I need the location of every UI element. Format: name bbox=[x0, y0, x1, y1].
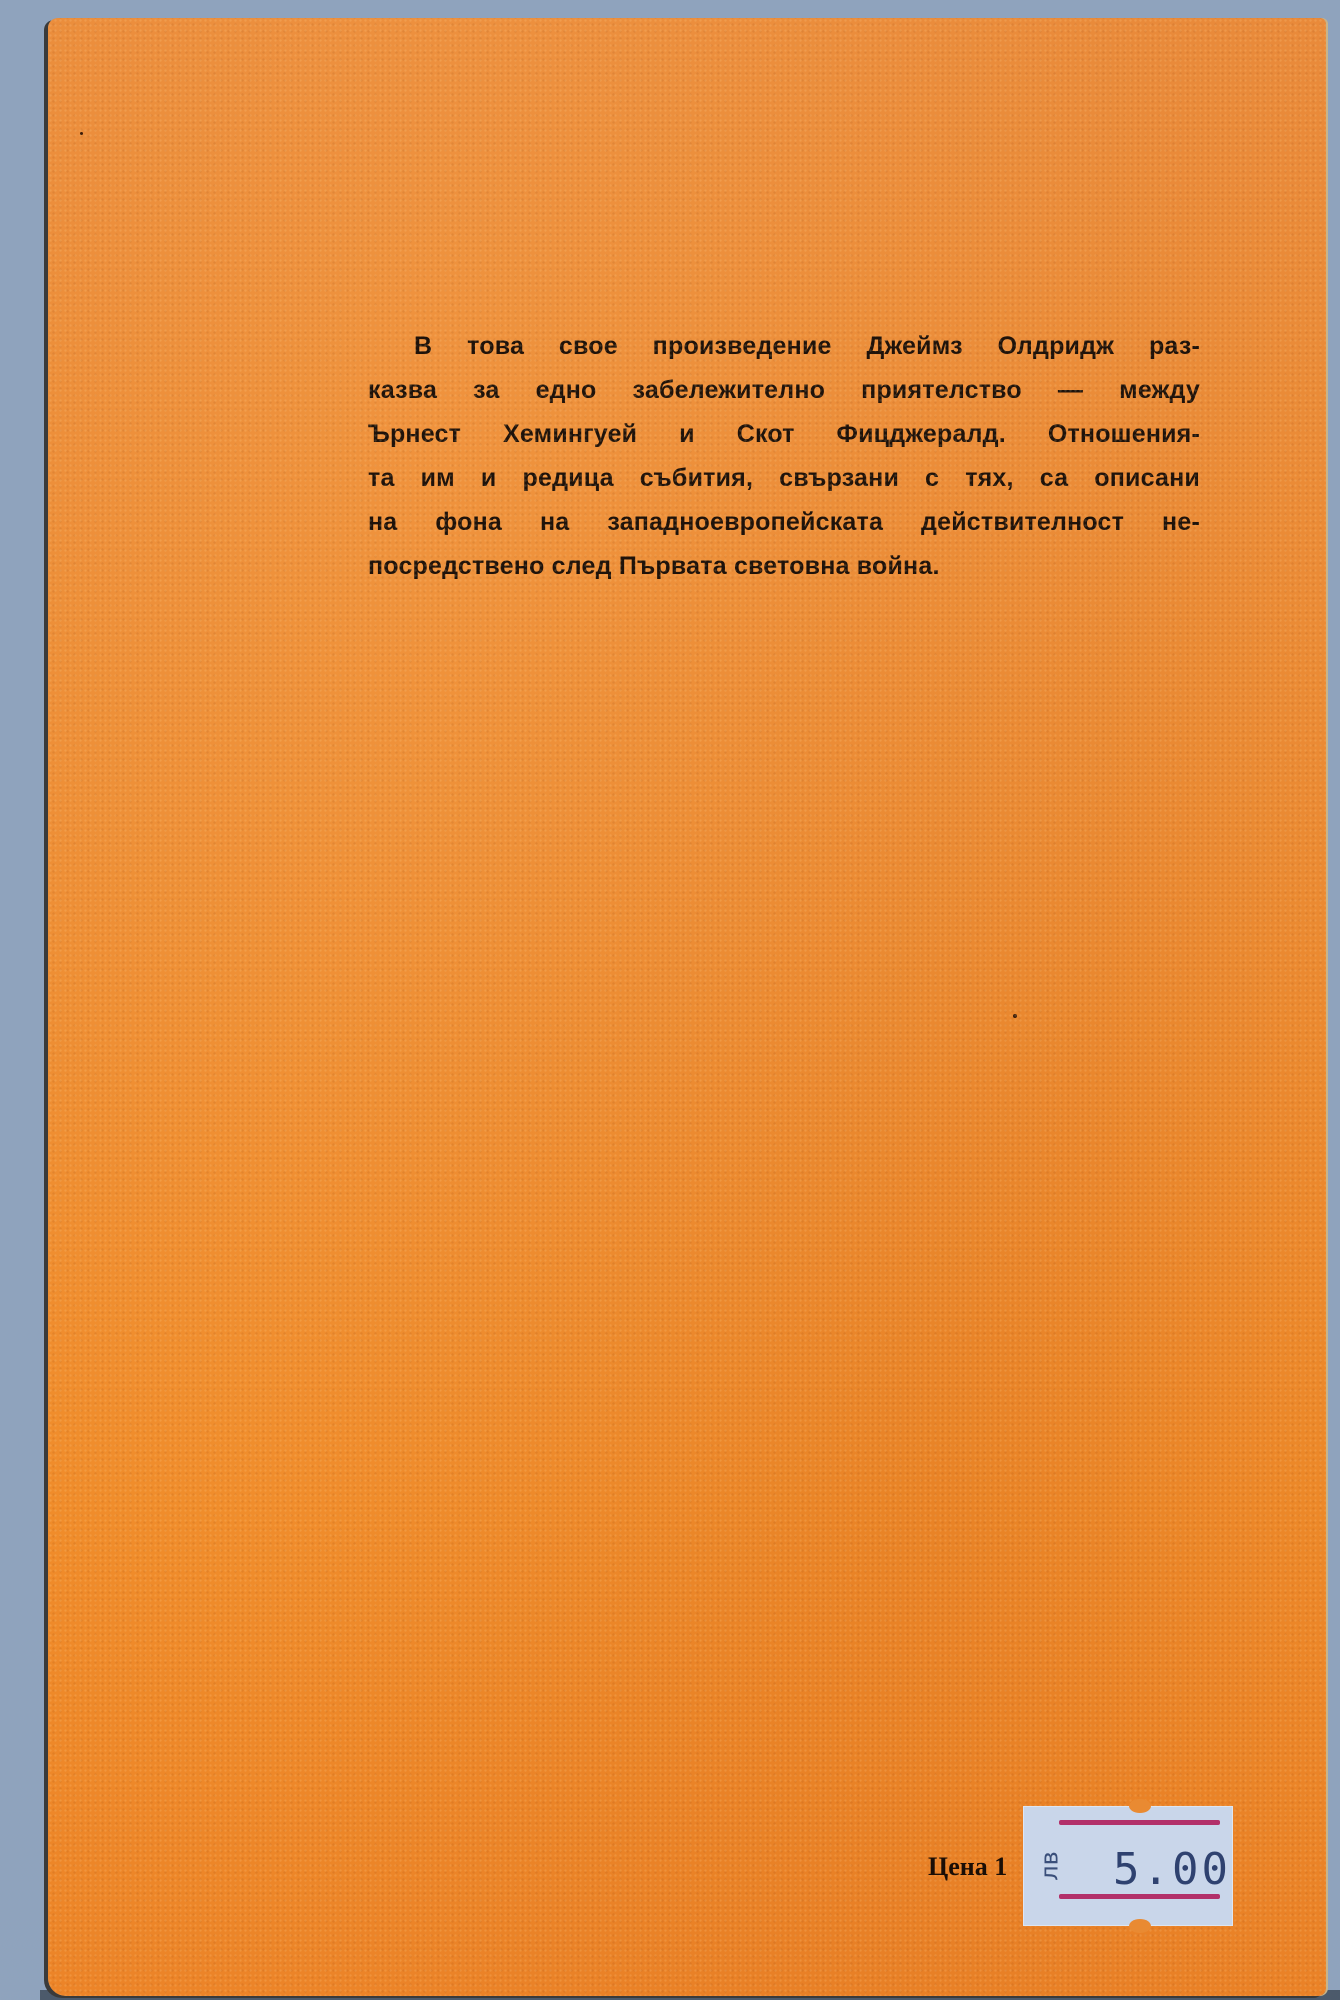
blurb-line: Ърнест Хемингуей и Скот Фицджералд. Отно… bbox=[368, 412, 1200, 456]
blurb-text: В това свое произведение Джеймз Олдридж … bbox=[368, 324, 1200, 588]
printed-price-label: Цена 1 bbox=[928, 1852, 1007, 1882]
price-sticker: лв 5.00 bbox=[1023, 1806, 1233, 1926]
sticker-notch bbox=[1129, 1799, 1151, 1813]
sticker-currency: лв bbox=[1036, 1851, 1064, 1880]
sticker-line bbox=[1059, 1820, 1220, 1825]
blurb-line: В това свое произведение Джеймз Олдридж … bbox=[368, 324, 1200, 368]
book-back-cover: В това свое произведение Джеймз Олдридж … bbox=[48, 18, 1326, 1996]
blurb-line: посредствено след Първата световна война… bbox=[368, 544, 1200, 588]
blurb-line: казва за едно забележително приятелство … bbox=[368, 368, 1200, 412]
sticker-notch bbox=[1129, 1919, 1151, 1933]
blurb-line: на фона на западноевропейската действите… bbox=[368, 500, 1200, 544]
speck-mark bbox=[80, 132, 83, 135]
sticker-amount: 5.00 bbox=[1113, 1844, 1231, 1895]
speck-mark bbox=[1013, 1014, 1017, 1018]
blurb-line: та им и редица събития, свързани с тях, … bbox=[368, 456, 1200, 500]
